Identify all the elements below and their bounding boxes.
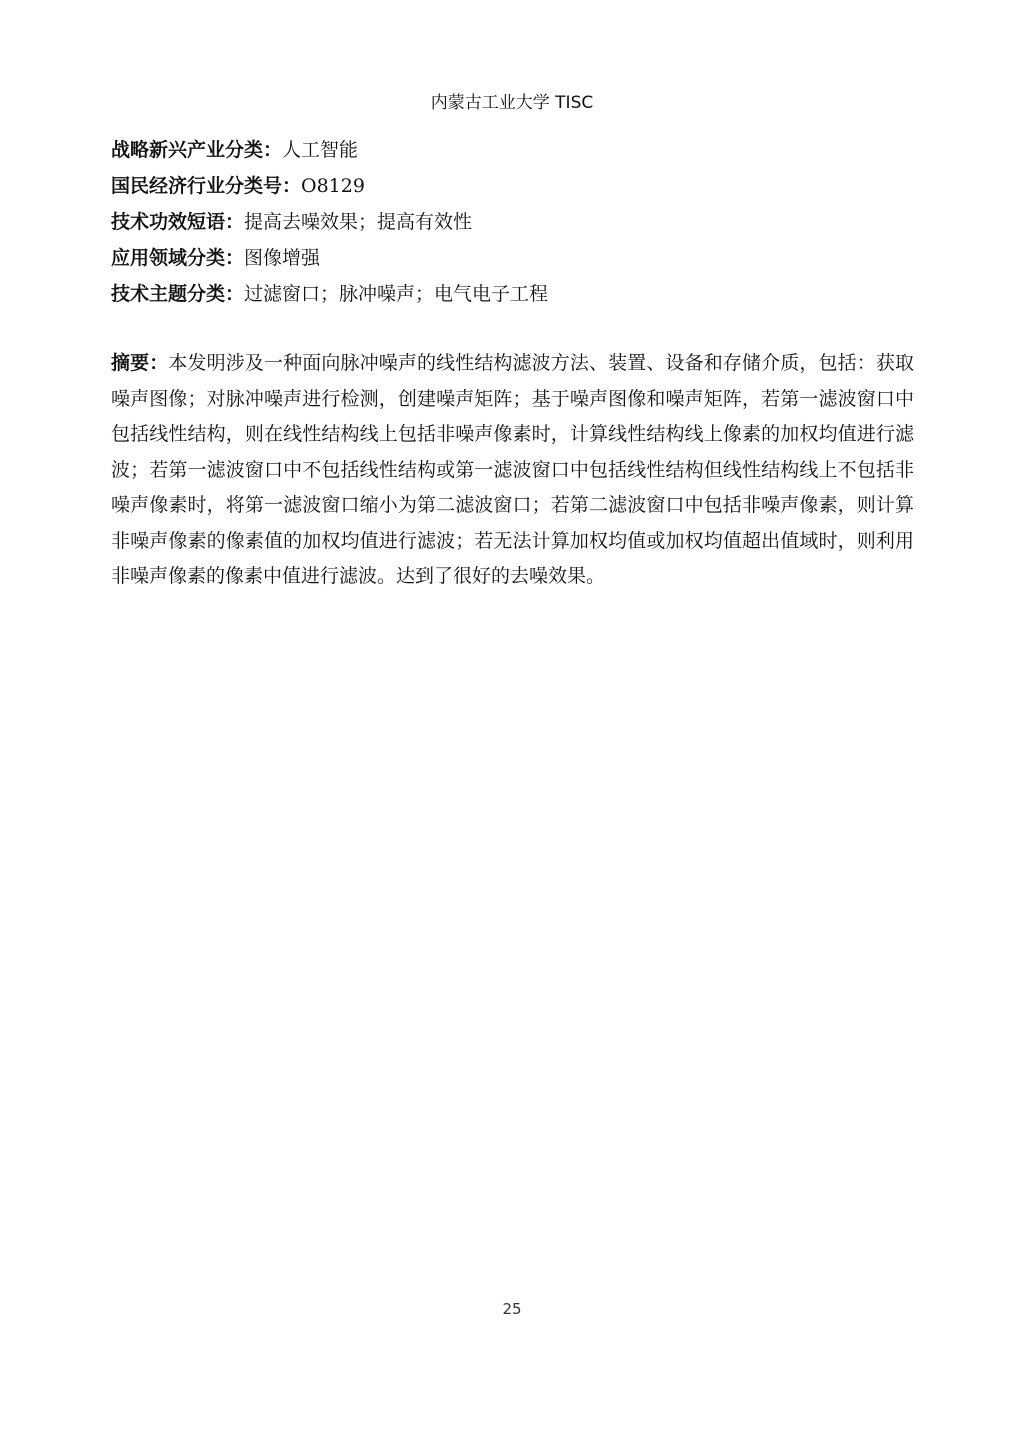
page-header: 内蒙古工业大学 TISC bbox=[0, 88, 1024, 113]
field-value: 过滤窗口；脉冲噪声；电气电子工程 bbox=[244, 283, 548, 305]
field-label: 应用领域分类： bbox=[111, 247, 244, 269]
page-number: 25 bbox=[0, 1300, 1024, 1318]
field-industry-code: 国民经济行业分类号：O8129 bbox=[111, 172, 921, 208]
field-label: 技术功效短语： bbox=[111, 211, 244, 233]
field-label: 技术主题分类： bbox=[111, 283, 244, 305]
field-strategic-industry: 战略新兴产业分类：人工智能 bbox=[111, 136, 921, 172]
abstract-text: 本发明涉及一种面向脉冲噪声的线性结构滤波方法、装置、设备和存储介质，包括：获取噪… bbox=[111, 352, 914, 587]
field-value: 人工智能 bbox=[282, 139, 358, 161]
field-value: 提高去噪效果；提高有效性 bbox=[244, 211, 472, 233]
abstract-label: 摘要： bbox=[111, 352, 168, 374]
classification-fields: 战略新兴产业分类：人工智能 国民经济行业分类号：O8129 技术功效短语：提高去… bbox=[111, 136, 921, 316]
field-label: 战略新兴产业分类： bbox=[111, 139, 282, 161]
field-application-domain: 应用领域分类：图像增强 bbox=[111, 244, 921, 280]
abstract-paragraph: 摘要：本发明涉及一种面向脉冲噪声的线性结构滤波方法、装置、设备和存储介质，包括：… bbox=[111, 346, 914, 595]
field-label: 国民经济行业分类号： bbox=[111, 175, 301, 197]
field-value: O8129 bbox=[301, 175, 365, 197]
field-value: 图像增强 bbox=[244, 247, 320, 269]
field-technical-effect: 技术功效短语：提高去噪效果；提高有效性 bbox=[111, 208, 921, 244]
field-technical-topic: 技术主题分类：过滤窗口；脉冲噪声；电气电子工程 bbox=[111, 280, 921, 316]
